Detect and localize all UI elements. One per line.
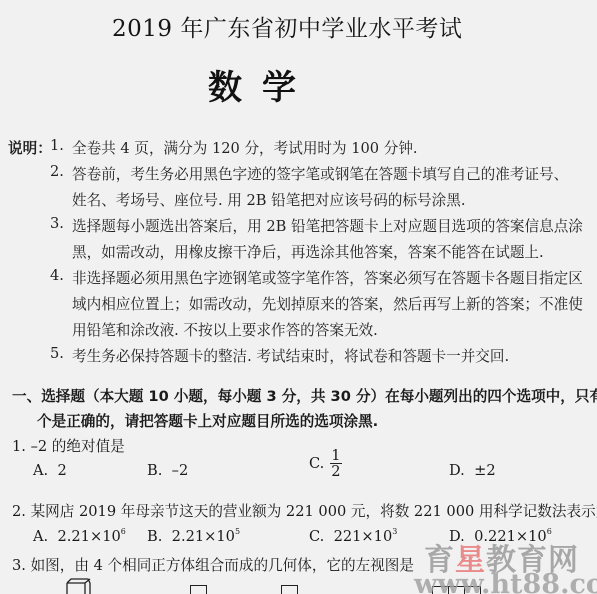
instruction-2-text-line1: 答卷前，考生务必用黑色字迹的签字笔或钢笔在答题卡填写自己的准考证号、 — [72, 163, 568, 184]
instruction-3-num: 3. — [50, 215, 64, 232]
instruction-4-text-line2: 域内相应位置上；如需改动，先划掉原来的答案，然后再写上新的答案；不准使 — [72, 293, 583, 314]
exam-title: 2019 年广东省初中学业水平考试 — [112, 10, 462, 43]
question-2-option-a[interactable]: A. 2.21×106 — [33, 527, 126, 545]
instruction-2-num: 2. — [50, 163, 64, 180]
instruction-5-text: 考生务必保持答题卡的整洁. 考试结束时，将试卷和答题卡一并交回. — [72, 345, 509, 366]
cube-solid-figure — [66, 578, 92, 594]
option-b-figure — [281, 585, 298, 594]
question-1-option-a[interactable]: A. 2 — [33, 462, 67, 479]
question-1-stem: 1. –2 的绝对值是 — [12, 435, 125, 456]
option-value: 221×10 — [334, 528, 393, 545]
option-label: A. — [33, 528, 48, 545]
option-label: B. — [147, 462, 162, 479]
instruction-5-num: 5. — [50, 345, 64, 362]
question-1-option-b[interactable]: B. –2 — [147, 462, 188, 479]
instruction-3-text-line1: 选择题每小题选出答案后，用 2B 铅笔把答题卡上对应题目选项的答案信息点涂 — [72, 215, 583, 236]
option-label: B. — [147, 528, 162, 545]
option-label: A. — [33, 462, 48, 479]
instruction-1-text: 全卷共 4 页，满分为 120 分，考试用时为 100 分钟. — [72, 137, 418, 158]
instruction-4-text-line1: 非选择题必须用黑色字迹钢笔或签字笔作答，答案必须写在答题卡各题目指定区 — [72, 267, 583, 288]
instructions-label: 说明： — [8, 137, 52, 158]
option-value: 2.21×10 — [57, 528, 120, 545]
option-exponent: 6 — [121, 527, 126, 536]
instruction-3-text-line2: 黑，如需改动，用橡皮擦干净后，再选涂其他答案，答案不能答在试题上. — [72, 241, 544, 262]
option-value: ±2 — [474, 462, 496, 479]
question-2-option-c[interactable]: C. 221×103 — [309, 527, 397, 545]
instruction-4-text-line3: 用铅笔和涂改液. 不按以上要求作答的答案无效. — [72, 319, 378, 340]
watermark-url: www.ht88.com — [414, 569, 597, 594]
section-heading-line1: 一、选择题（本大题 10 小题，每小题 3 分，共 30 分）在每小题列出的四个… — [12, 385, 597, 406]
instruction-1-num: 1. — [50, 137, 64, 154]
option-label: C. — [309, 455, 324, 472]
option-exponent: 5 — [235, 527, 240, 536]
instruction-4-num: 4. — [50, 267, 64, 284]
option-value: –2 — [172, 462, 189, 479]
question-2-stem: 2. 某网店 2019 年母亲节这天的营业额为 221 000 元，将数 221… — [12, 500, 597, 521]
option-value: 2.21×10 — [172, 528, 235, 545]
option-exponent: 3 — [392, 527, 397, 536]
fraction: 12 — [330, 448, 341, 479]
question-3-stem: 3. 如图，由 4 个相同正方体组合而成的几何体，它的左视图是 — [12, 554, 414, 575]
question-2-option-b[interactable]: B. 2.21×105 — [147, 527, 240, 545]
question-1-option-c[interactable]: C.12 — [309, 448, 342, 479]
option-label: D. — [449, 462, 465, 479]
option-a-figure — [190, 585, 207, 594]
subject-title: 数学 — [208, 60, 316, 109]
option-value: 2 — [57, 462, 66, 479]
section-heading-line2: 个是正确的，请把答题卡上对应题目所选的选项涂黑. — [37, 410, 378, 431]
option-label: C. — [309, 528, 324, 545]
question-1-option-d[interactable]: D. ±2 — [449, 462, 496, 479]
instruction-2-text-line2: 姓名、考场号、座位号. 用 2B 铅笔把对应该号码的标号涂黑. — [72, 189, 465, 210]
